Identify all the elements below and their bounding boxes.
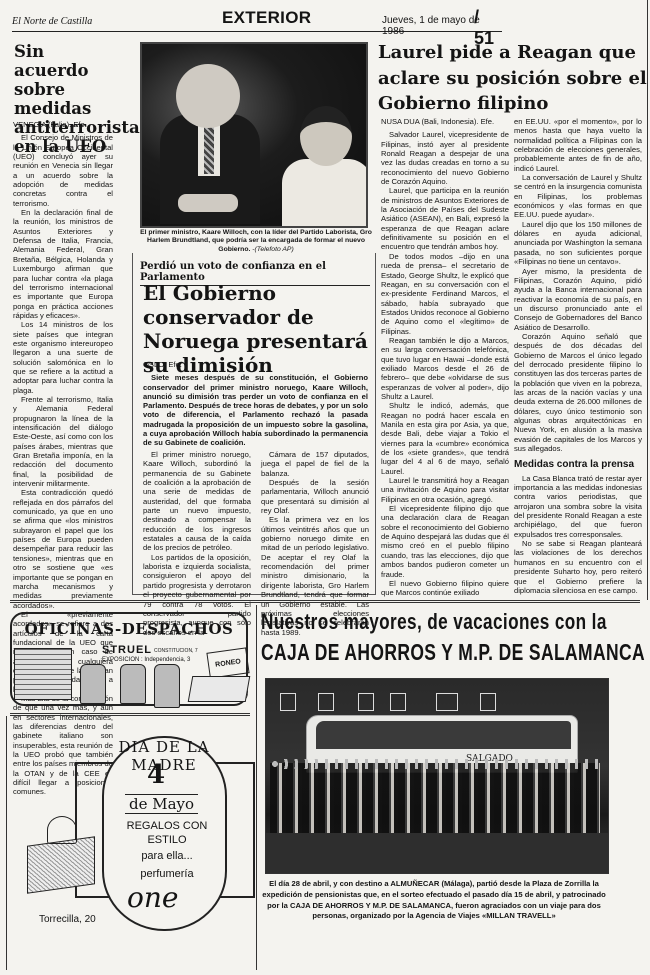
paragraph: Reagan también le dijo a Marcos, en su l… — [381, 336, 509, 401]
ad-exhibition: EXPOSICION : Independencia, 3 — [102, 657, 190, 663]
ad-day: 4 — [147, 760, 165, 790]
photo-caption: El primer ministro, Kaare Willoch, con l… — [140, 229, 372, 254]
crowd-heads — [270, 759, 600, 769]
office-chair-illustration — [80, 664, 106, 704]
filing-cabinet-illustration — [14, 648, 72, 700]
crowd — [270, 763, 600, 833]
paragraph: Los 14 ministros de los siete países que… — [13, 320, 113, 395]
desk-illustration — [188, 676, 251, 702]
lead-paragraph: Siete meses después de su constitución, … — [143, 373, 368, 447]
paragraph: Salvador Laurel, vicepresidente de Filip… — [381, 130, 509, 186]
gift-bow-icon — [47, 816, 77, 844]
office-chair-illustration — [120, 664, 146, 704]
building-window — [436, 693, 458, 711]
paragraph: De todos modos –dijo en una rueda de pre… — [381, 252, 509, 336]
ad-address: Torrecilla, 20 — [39, 914, 96, 925]
dia-madre-ad: DIA DE LA MADRE 4 de Mayo REGALOS CON ES… — [6, 716, 254, 970]
photo-face-man — [176, 64, 240, 128]
ad-headline-1: Nuestros mayores, de vacaciones con la — [261, 609, 607, 635]
ad-line-1: REGALOS CON — [107, 820, 227, 832]
noruega-lead: OSLO. Efe. Siete meses después de su con… — [143, 360, 368, 448]
section-divider — [10, 600, 640, 603]
office-chair-illustration — [154, 664, 180, 708]
filipinas-column-1: NUSA DUA (Bali, Indonesia). Efe. Salvado… — [381, 117, 509, 598]
paragraph: Después de la sesión parlamentaria, Will… — [261, 478, 369, 515]
bus-group-photo: SALGADO — [265, 678, 609, 874]
paragraph: El Consejo de Ministros de la Unión Euro… — [13, 133, 113, 208]
paragraph: en EE.UU. «por el momento», por lo menos… — [514, 117, 642, 173]
paragraph: Laurel le transmitirá hoy a Reagan una i… — [381, 476, 509, 504]
building-window — [358, 693, 374, 711]
paragraph: El vicepresidente filipino dijo que una … — [381, 504, 509, 579]
building-window — [480, 693, 496, 711]
paragraph: Frente al terrorismo, Italia y Alemania … — [13, 395, 113, 488]
ueo-dateline: VENECIA (Italia). Efe. — [13, 120, 113, 129]
section-title: EXTERIOR — [222, 8, 311, 28]
photo-caption: El día 28 de abril, y con destino a ALMU… — [261, 879, 607, 922]
paragraph: Corazón Aquino señaló que después de dos… — [514, 332, 642, 453]
gift-box-icon — [27, 836, 95, 894]
paragraph: Laurel, que participa en la reunión de m… — [381, 186, 509, 251]
ad-brand: STRUEL — [102, 644, 152, 656]
ad-line-4: perfumería — [107, 868, 227, 880]
paragraph: No se sabe si Reagan planteará las viola… — [514, 539, 642, 595]
ad-line-3: para ella... — [107, 850, 227, 862]
paragraph: El primer ministro noruego, Kaare Willoc… — [143, 450, 251, 553]
photo-credit: -(Telefoto AP) — [252, 246, 293, 253]
ad-line-2: ESTILO — [107, 834, 227, 846]
photo-figure-woman — [282, 159, 368, 228]
building-window — [390, 693, 406, 711]
paragraph: Esta contradicción quedó reflejada en do… — [13, 488, 113, 609]
paragraph: El nuevo Gobierno filipino quiere que Ma… — [381, 579, 509, 598]
filipinas-column-2: en EE.UU. «por el momento», por lo menos… — [514, 117, 642, 595]
oficinas-ad: OFICINAS-DESPACHOS STRUEL CONSTITUCION, … — [10, 612, 248, 706]
paragraph: En la declaración final de la reunión, l… — [13, 208, 113, 320]
ad-headline-2: CAJA DE AHORROS Y M.P. DE SALAMANCA — [261, 639, 645, 666]
paragraph: Shultz le indicó, además, que Reagan no … — [381, 401, 509, 476]
paragraph: Ayer mismo, la presidenta de Filipinas, … — [514, 267, 642, 332]
page-header: El Norte de Castilla EXTERIOR Jueves, 1 … — [12, 6, 502, 32]
bus-windows — [316, 721, 571, 749]
caja-ahorros-ad: Nuestros mayores, de vacaciones con la C… — [256, 605, 646, 970]
building-window — [280, 693, 296, 711]
ad-month: de Mayo — [125, 794, 198, 814]
photo-face-woman — [300, 106, 352, 166]
filipinas-dateline: NUSA DUA (Bali, Indonesia). Efe. — [381, 117, 509, 126]
paragraph: La Casa Blanca trató de restar ayer impo… — [514, 474, 642, 539]
newspaper-name: El Norte de Castilla — [12, 16, 92, 27]
filipinas-subhead: Medidas contra la prensa — [514, 460, 642, 469]
photo-hands — [178, 194, 238, 212]
roneo-logo: RONEO — [206, 647, 249, 678]
paragraph: Cámara de 157 diputados, juega el papel … — [261, 450, 369, 478]
one-logo: one — [127, 881, 178, 914]
willoch-brundtland-photo — [140, 42, 368, 228]
noruega-column-1: El primer ministro noruego, Kaare Willoc… — [143, 450, 251, 637]
ad-title: OFICINAS-DESPACHOS — [12, 620, 246, 638]
paragraph: Laurel dijo que los 150 millones de dóla… — [514, 220, 642, 267]
noruega-dateline: OSLO. Efe. — [143, 360, 368, 369]
building-window — [318, 693, 334, 711]
paragraph: La conversación de Laurel y Shultz se ce… — [514, 173, 642, 220]
ground — [266, 833, 608, 874]
ad-address: CONSTITUCION, 7 — [154, 648, 198, 654]
filipinas-headline: Laurel pide a Reagan que aclare su posic… — [378, 40, 648, 117]
